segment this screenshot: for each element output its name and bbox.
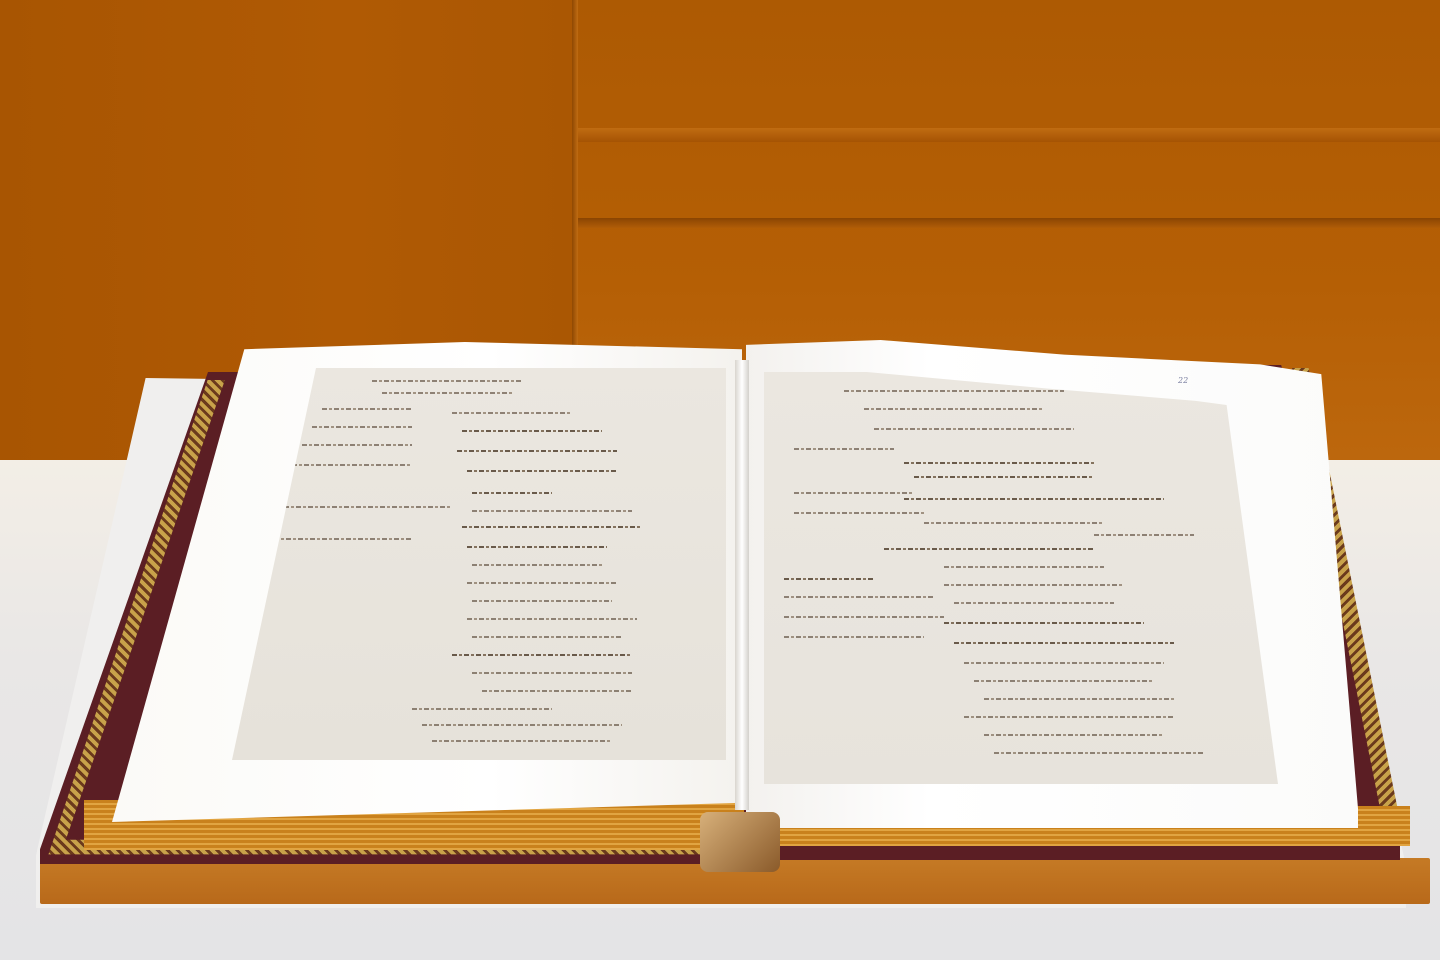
wall-groove-horizontal-lower xyxy=(578,218,1440,228)
handwriting-line xyxy=(472,600,612,602)
handwriting-line xyxy=(964,716,1174,718)
handwriting-line xyxy=(292,464,412,466)
handwriting-line xyxy=(994,752,1204,754)
handwriting-line xyxy=(944,566,1104,568)
handwriting-line xyxy=(914,476,1094,478)
handwriting-line xyxy=(452,654,632,656)
handwriting-line xyxy=(974,680,1154,682)
handwriting-line xyxy=(462,430,602,432)
handwriting-line xyxy=(472,510,632,512)
handwriting-line xyxy=(794,448,894,450)
handwriting-line xyxy=(884,548,1094,550)
handwriting-line xyxy=(784,636,924,638)
handwriting-line xyxy=(954,602,1114,604)
handwriting-line xyxy=(944,622,1144,624)
handwriting-line xyxy=(472,492,552,494)
handwriting-line xyxy=(794,512,924,514)
handwriting-line xyxy=(462,526,642,528)
handwriting-line xyxy=(864,408,1044,410)
handwriting-line xyxy=(984,734,1164,736)
handwriting-line xyxy=(322,408,412,410)
handwriting-line xyxy=(904,498,1164,500)
folio-number: 22 xyxy=(1178,376,1188,385)
handwriting-line xyxy=(954,642,1174,644)
handwriting-line xyxy=(302,444,412,446)
handwriting-line xyxy=(422,724,622,726)
handwriting-line xyxy=(412,708,552,710)
handwriting-line xyxy=(784,616,944,618)
handwriting-line xyxy=(312,426,412,428)
handwriting-line xyxy=(874,428,1074,430)
book-spine-headband xyxy=(700,812,780,872)
manuscript-leaf-right xyxy=(764,372,1278,784)
handwriting-line xyxy=(944,584,1124,586)
handwriting-line xyxy=(904,462,1094,464)
handwriting-line xyxy=(457,450,617,452)
handwriting-line xyxy=(472,564,602,566)
handwriting-line xyxy=(1094,534,1194,536)
handwriting-line xyxy=(844,390,1064,392)
handwriting-line xyxy=(262,538,412,540)
handwriting-line xyxy=(784,578,874,580)
handwriting-line xyxy=(272,506,452,508)
handwriting-line xyxy=(452,412,572,414)
handwriting-line xyxy=(472,672,632,674)
handwriting-line xyxy=(984,698,1174,700)
handwriting-line xyxy=(372,380,522,382)
manuscript-leaf-left xyxy=(232,368,726,760)
handwriting-line xyxy=(432,740,612,742)
handwriting-line xyxy=(924,522,1104,524)
handwriting-line xyxy=(467,618,637,620)
handwriting-line xyxy=(784,596,934,598)
handwriting-line xyxy=(472,636,622,638)
book-gutter xyxy=(735,360,749,810)
handwriting-line xyxy=(467,546,607,548)
handwriting-line xyxy=(482,690,632,692)
handwriting-line xyxy=(467,470,617,472)
wall-groove-horizontal-upper xyxy=(578,128,1440,142)
handwriting-line xyxy=(382,392,512,394)
handwriting-line xyxy=(964,662,1164,664)
handwriting-line xyxy=(794,492,914,494)
handwriting-line xyxy=(467,582,617,584)
